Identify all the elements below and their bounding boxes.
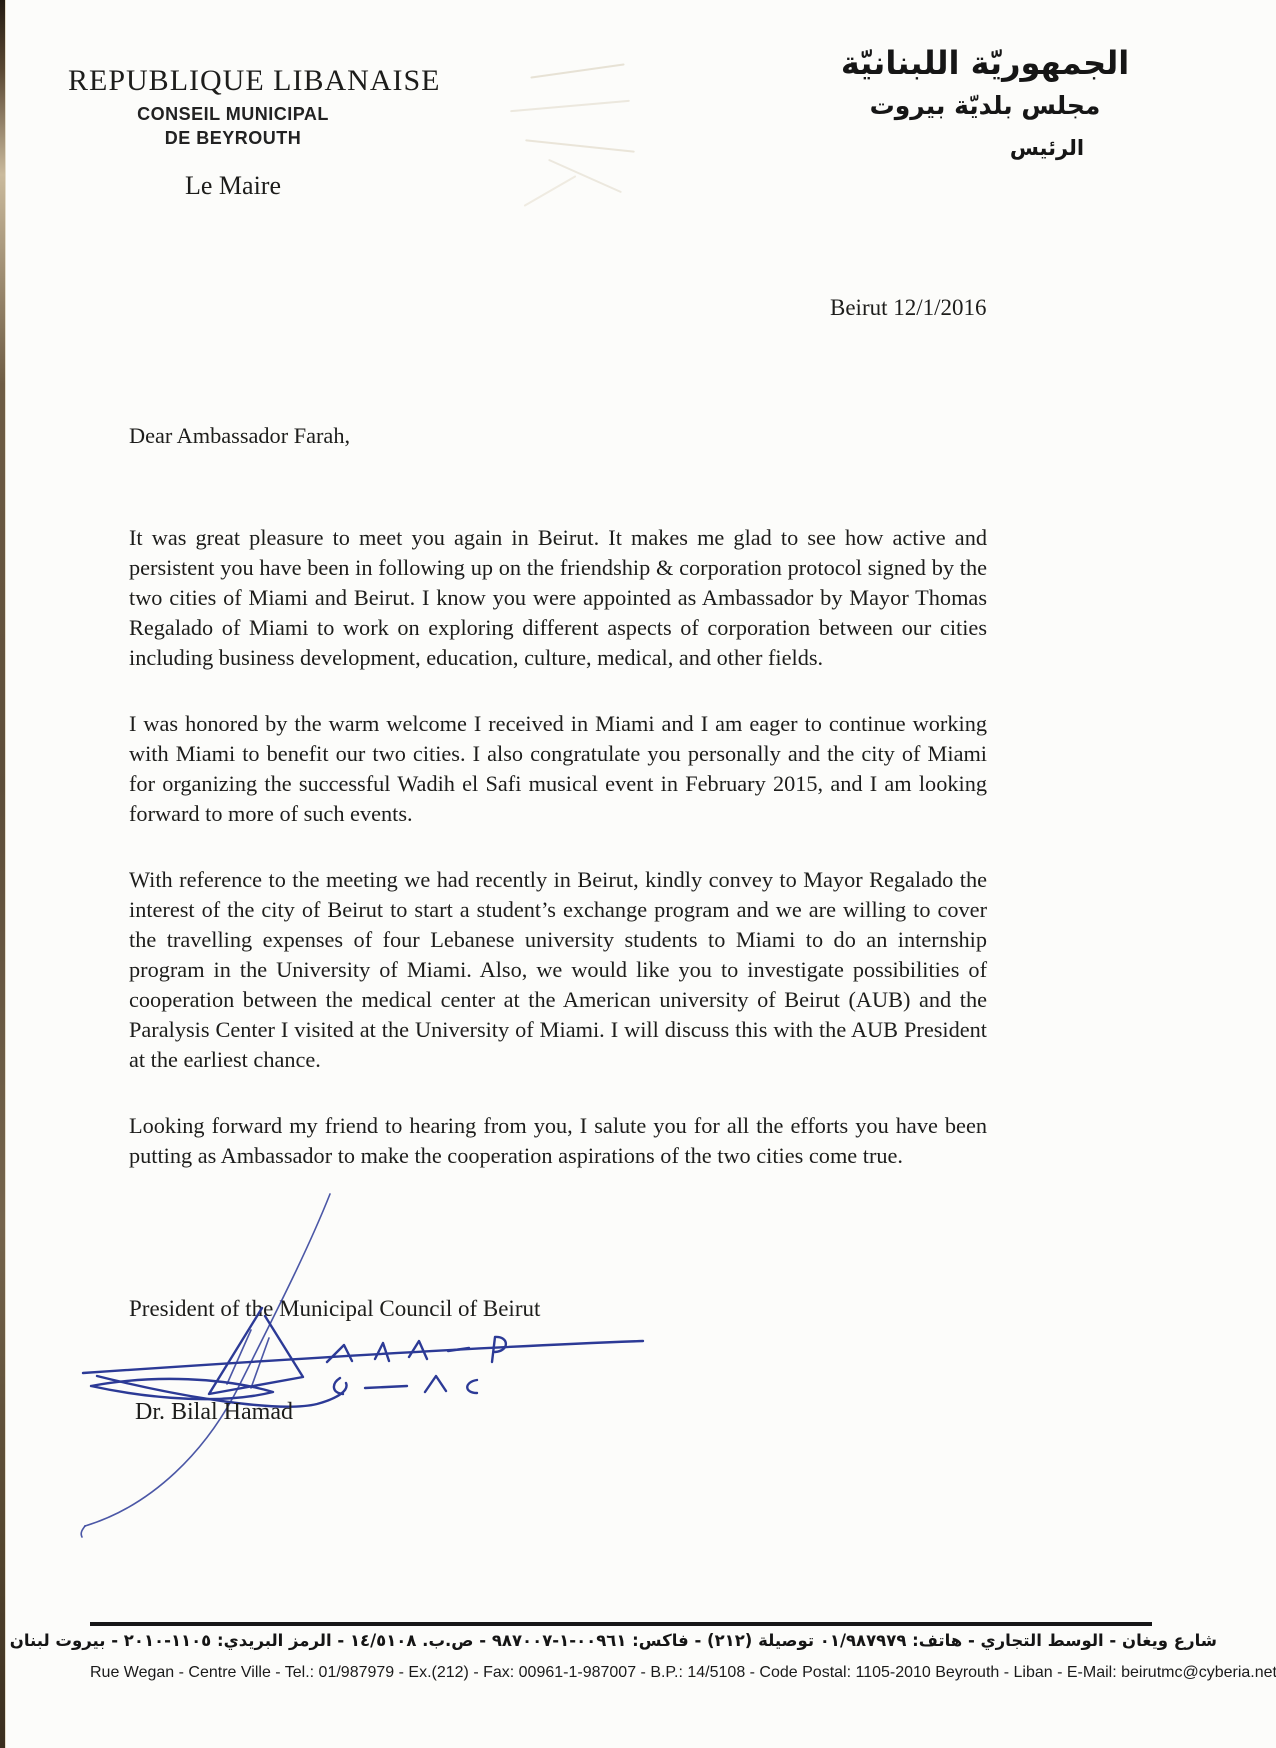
- scanned-letter-page: REPUBLIQUE LIBANAISE CONSEIL MUNICIPAL D…: [0, 0, 1276, 1748]
- city-line: DE BEYROUTH: [68, 128, 398, 149]
- scan-edge-artifact: [0, 0, 6, 1748]
- arabic-republic-line: الجمهوريّة اللبنانيّة: [815, 44, 1155, 82]
- footer-address-arabic: شارع ويغان - الوسط التجاري - هاتف: ٠١/٩٨…: [90, 1631, 1217, 1650]
- paragraph-3: With reference to the meeting we had rec…: [129, 865, 987, 1075]
- salutation: Dear Ambassador Farah,: [129, 421, 987, 451]
- date-line: Beirut 12/1/2016: [830, 295, 987, 321]
- arabic-president-line: الرئيس: [877, 136, 1217, 160]
- letter-body: Dear Ambassador Farah, It was great plea…: [129, 421, 987, 1171]
- mayor-title: Le Maire: [68, 171, 398, 201]
- arabic-council-line: مجلس بلديّة بيروت: [815, 91, 1155, 120]
- council-line: CONSEIL MUNICIPAL: [68, 104, 398, 125]
- paragraph-1: It was great pleasure to meet you again …: [129, 523, 987, 673]
- footer-divider: [90, 1622, 1152, 1626]
- paragraph-2: I was honored by the warm welcome I rece…: [129, 709, 987, 829]
- scan-smudge: [490, 50, 640, 220]
- letterhead-french: REPUBLIQUE LIBANAISE CONSEIL MUNICIPAL D…: [68, 64, 398, 201]
- footer-address-latin: Rue Wegan - Centre Ville - Tel.: 01/9879…: [90, 1664, 1217, 1682]
- paragraph-4: Looking forward my friend to hearing fro…: [129, 1111, 987, 1171]
- republic-title: REPUBLIQUE LIBANAISE: [68, 64, 398, 98]
- handwritten-signature: [55, 1180, 665, 1540]
- signatory-name: Dr. Bilal Hamad: [135, 1399, 293, 1426]
- letterhead-arabic: الجمهوريّة اللبنانيّة مجلس بلديّة بيروت …: [815, 44, 1155, 160]
